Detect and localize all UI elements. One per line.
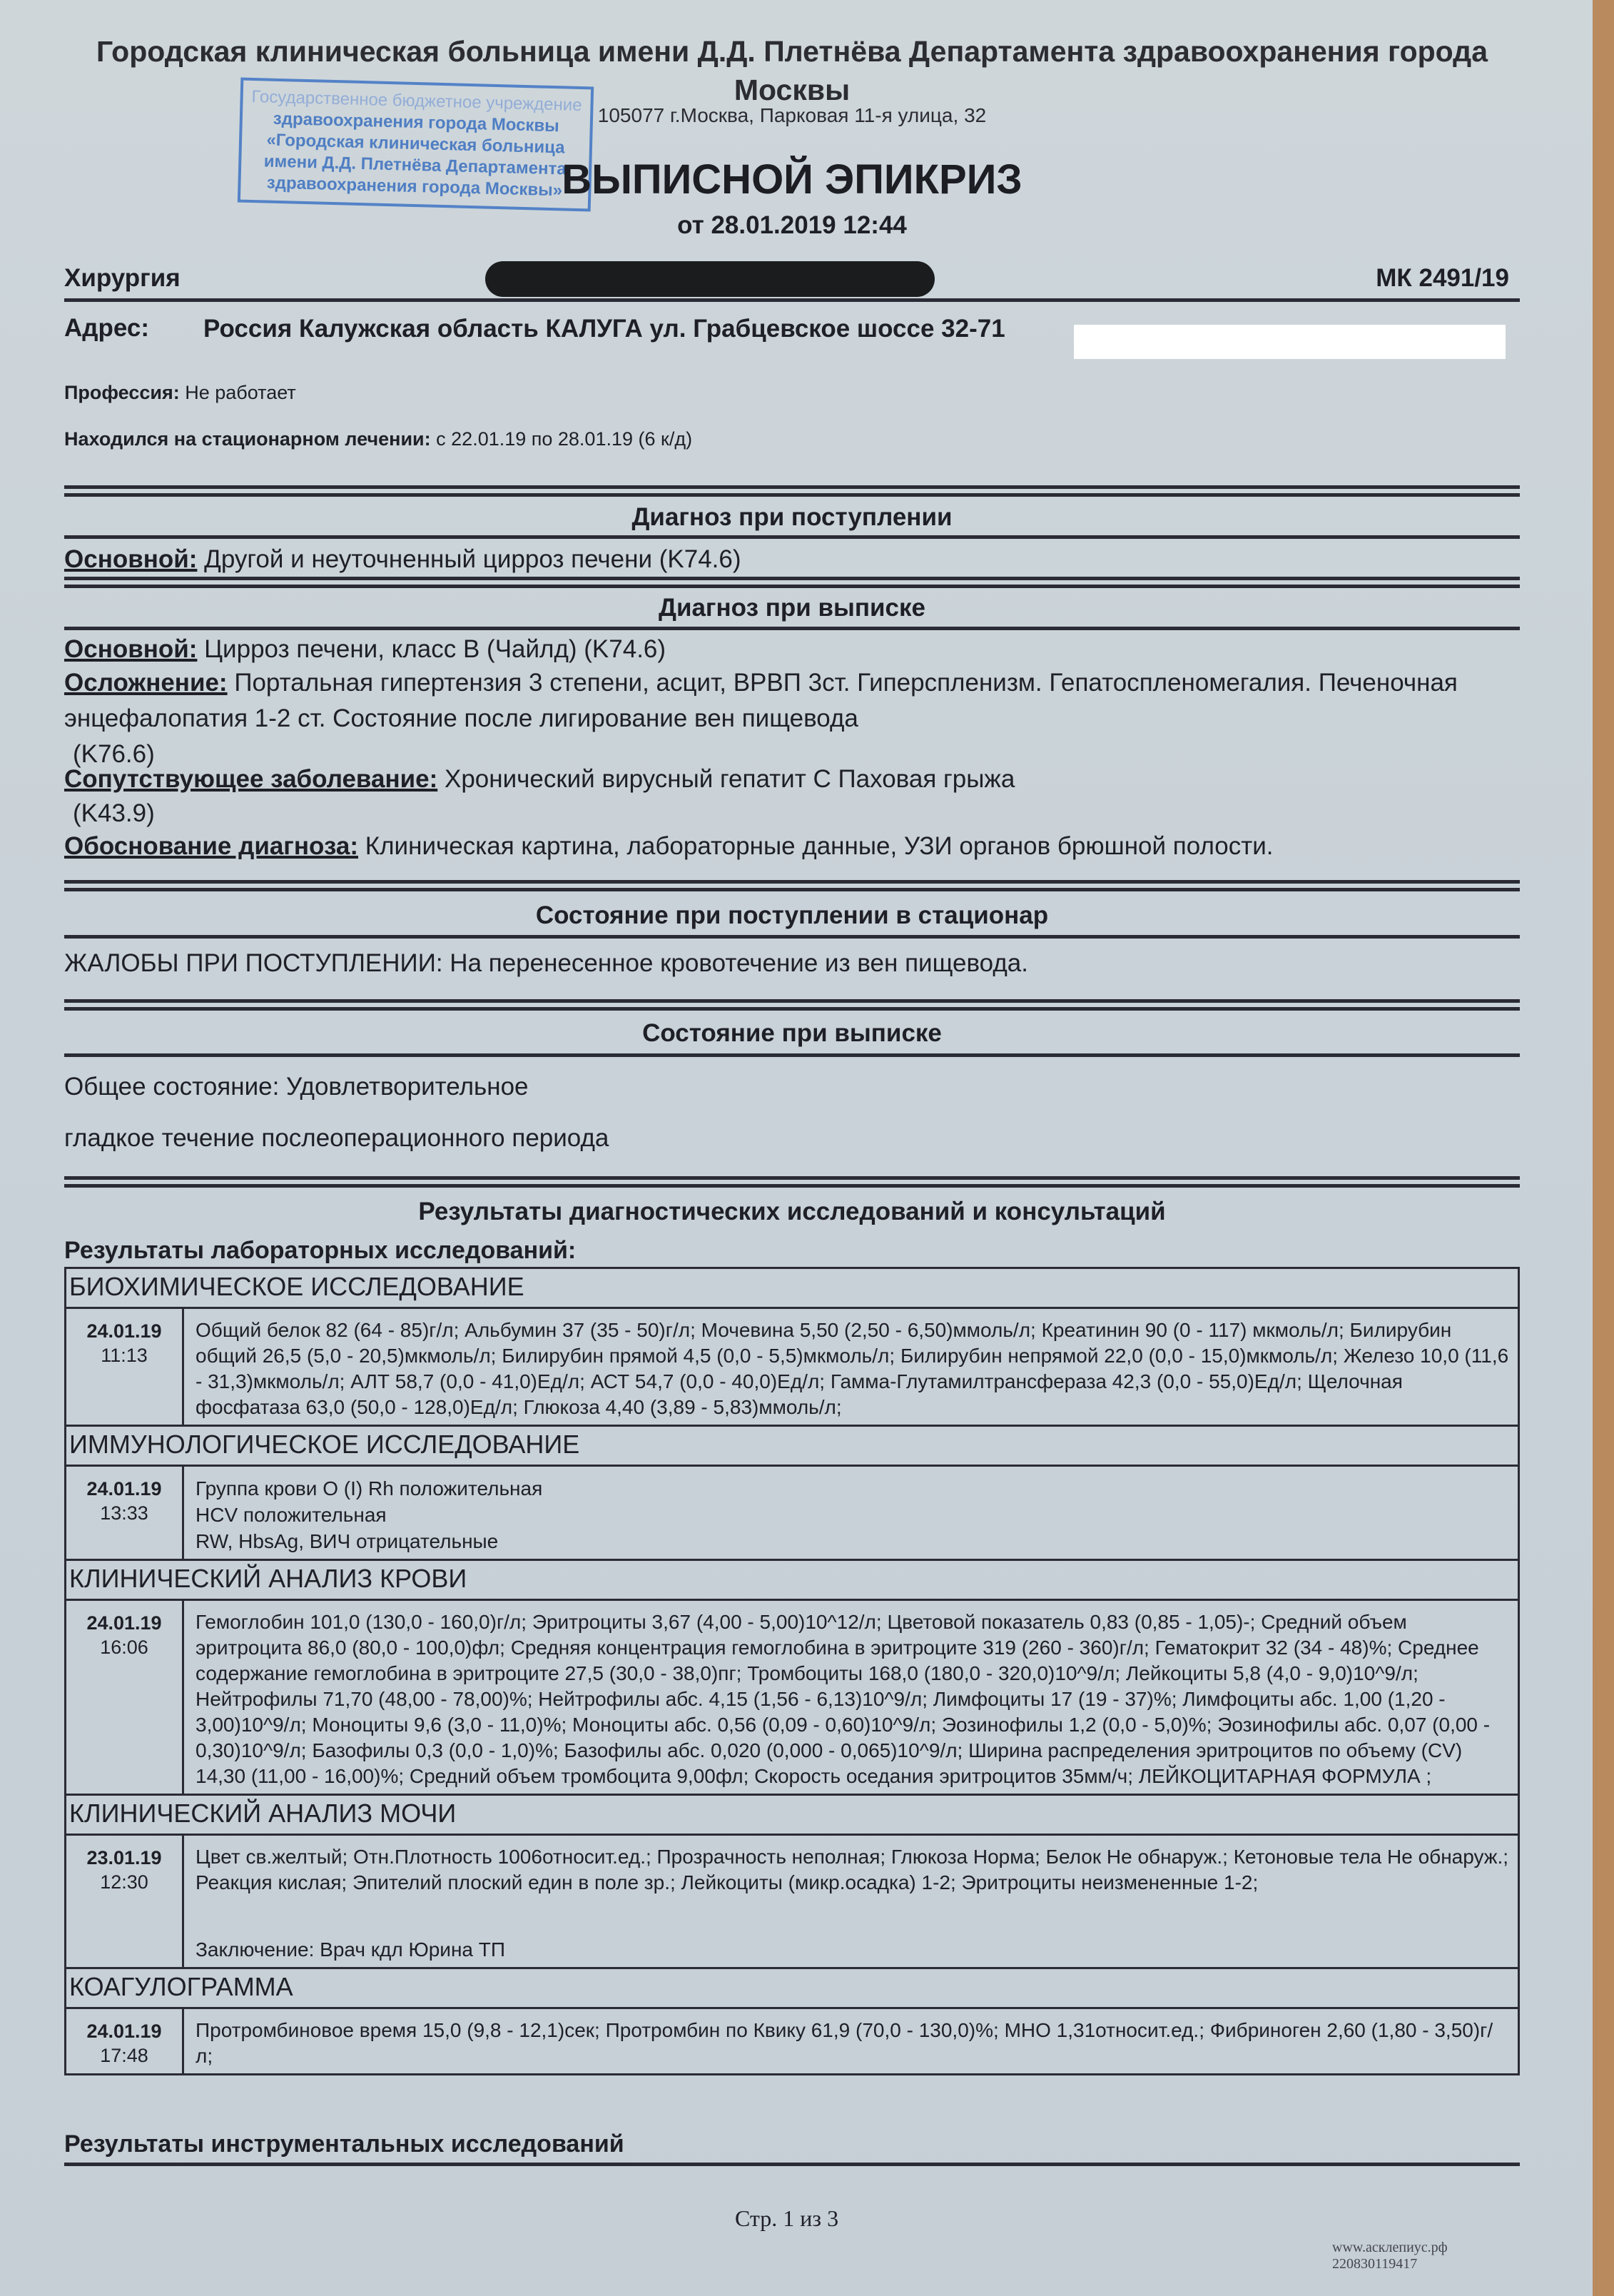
lab-results-heading: Результаты лабораторных исследований: xyxy=(64,1237,576,1265)
divider xyxy=(64,935,1520,939)
divider xyxy=(64,535,1520,539)
divider xyxy=(64,577,1520,588)
lab-results: Гемоглобин 101,0 (130,0 - 160,0)г/л; Эри… xyxy=(183,1600,1519,1795)
document-page: Городская клиническая больница имени Д.Д… xyxy=(0,0,1593,2296)
divider xyxy=(64,2163,1520,2166)
lab-result-text: Цвет св.желтый; Отн.Плотность 1006относи… xyxy=(196,1844,1509,1896)
comorbidity: Сопутствующее заболевание: Хронический в… xyxy=(64,762,1520,831)
diagnosis-rationale: Обоснование диагноза: Клиническая картин… xyxy=(64,829,1520,864)
lab-time: 12:30 xyxy=(100,1871,148,1893)
lab-results: Протромбиновое время 15,0 (9,8 - 12,1)се… xyxy=(183,2008,1519,2075)
admission-complaints: ЖАЛОБЫ ПРИ ПОСТУПЛЕНИИ: На перенесенное … xyxy=(64,949,1028,978)
postoperative-course: гладкое течение послеоперационного перио… xyxy=(64,1124,609,1153)
redacted-field xyxy=(1074,325,1506,359)
lab-datetime: 24.01.19 17:48 xyxy=(66,2008,183,2075)
lab-date: 24.01.19 xyxy=(86,1478,161,1500)
table-row: КОАГУЛОГРАММА xyxy=(66,1968,1519,2008)
comorbidity-code: (K43.9) xyxy=(64,796,1520,831)
lab-result-line: RW, HbsAg, ВИЧ отрицательные xyxy=(196,1528,1509,1554)
complication-label: Осложнение: xyxy=(64,669,228,697)
table-row: КЛИНИЧЕСКИЙ АНАЛИЗ КРОВИ xyxy=(66,1560,1519,1600)
lab-time: 16:06 xyxy=(100,1637,148,1658)
table-row: 24.01.19 17:48 Протромбиновое время 15,0… xyxy=(66,2008,1519,2075)
discharge-main-diagnosis: Основной: Цирроз печени, класс В (Чайлд)… xyxy=(64,632,1520,667)
admission-state-heading: Состояние при поступлении в стационар xyxy=(64,901,1520,930)
page-number: Стр. 1 из 3 xyxy=(735,2205,838,2232)
lab-results: Общий белок 82 (64 - 85)г/л; Альбумин 37… xyxy=(183,1308,1519,1426)
lab-date: 24.01.19 xyxy=(86,1320,161,1342)
lab-results: Цвет св.желтый; Отн.Плотность 1006относи… xyxy=(183,1835,1519,1968)
divider xyxy=(64,298,1520,302)
lab-time: 11:13 xyxy=(101,1345,148,1366)
discharge-state-heading: Состояние при выписке xyxy=(64,1019,1520,1048)
table-row: БИОХИМИЧЕСКОЕ ИССЛЕДОВАНИЕ xyxy=(66,1268,1519,1308)
lab-date: 23.01.19 xyxy=(86,1847,161,1868)
divider xyxy=(64,485,1520,497)
lab-category: КОАГУЛОГРАММА xyxy=(66,1968,1519,2008)
hospital-stay: Находился на стационарном лечении: с 22.… xyxy=(64,428,692,450)
table-row: 24.01.19 16:06 Гемоглобин 101,0 (130,0 -… xyxy=(66,1600,1519,1795)
divider xyxy=(64,1053,1520,1057)
complication: Осложнение: Портальная гипертензия 3 сте… xyxy=(64,665,1520,772)
divider xyxy=(64,880,1520,891)
lab-result-line: HCV положительная xyxy=(196,1502,1509,1528)
general-condition: Общее состояние: Удовлетворительное xyxy=(64,1073,529,1101)
divider xyxy=(64,627,1520,630)
profession-value: Не работает xyxy=(185,382,296,403)
address-label: Адрес: xyxy=(64,314,149,343)
address-value: Россия Калужская область КАЛУГА ул. Граб… xyxy=(203,314,1131,344)
lab-date: 24.01.19 xyxy=(86,2021,161,2042)
lab-datetime: 24.01.19 13:33 xyxy=(66,1466,183,1560)
table-row: КЛИНИЧЕСКИЙ АНАЛИЗ МОЧИ xyxy=(66,1795,1519,1835)
profession-label: Профессия: xyxy=(64,382,180,403)
document-title: ВЫПИСНОЙ ЭПИКРИЗ xyxy=(64,156,1520,203)
main-diagnosis-value: Другой и неуточненный цирроз печени (K74… xyxy=(204,545,741,573)
complication-value: Портальная гипертензия 3 степени, асцит,… xyxy=(64,669,1458,732)
table-row: ИММУНОЛОГИЧЕСКОЕ ИССЛЕДОВАНИЕ xyxy=(66,1426,1519,1466)
redacted-patient-name xyxy=(485,261,935,297)
stay-value: с 22.01.19 по 28.01.19 (6 к/д) xyxy=(436,428,692,450)
profession: Профессия: Не работает xyxy=(64,382,296,404)
lab-results: Группа крови О (I) Rh положительная HCV … xyxy=(183,1466,1519,1560)
lab-results-table: БИОХИМИЧЕСКОЕ ИССЛЕДОВАНИЕ 24.01.19 11:1… xyxy=(64,1267,1520,2075)
document-date: от 28.01.2019 12:44 xyxy=(64,211,1520,240)
table-row: 24.01.19 11:13 Общий белок 82 (64 - 85)г… xyxy=(66,1308,1519,1426)
admission-main-diagnosis: Основной: Другой и неуточненный цирроз п… xyxy=(64,542,1520,577)
table-row: 23.01.19 12:30 Цвет св.желтый; Отн.Плотн… xyxy=(66,1835,1519,1968)
lab-category: БИОХИМИЧЕСКОЕ ИССЛЕДОВАНИЕ xyxy=(66,1268,1519,1308)
lab-conclusion: Заключение: Врач кдл Юрина ТП xyxy=(196,1937,1509,1963)
table-row: 24.01.19 13:33 Группа крови О (I) Rh пол… xyxy=(66,1466,1519,1560)
comorbidity-value: Хронический вирусный гепатит С Паховая г… xyxy=(445,765,1015,793)
divider xyxy=(64,999,1520,1011)
stay-label: Находился на стационарном лечении: xyxy=(64,428,431,450)
medical-card-number: МК 2491/19 xyxy=(1376,264,1509,293)
lab-datetime: 24.01.19 16:06 xyxy=(66,1600,183,1795)
admission-diagnosis-heading: Диагноз при поступлении xyxy=(64,503,1520,532)
rationale-label: Обоснование диагноза: xyxy=(64,832,358,860)
main-diagnosis-label: Основной: xyxy=(64,545,197,573)
lab-result-line: Группа крови О (I) Rh положительная xyxy=(196,1475,1509,1502)
lab-datetime: 24.01.19 11:13 xyxy=(66,1308,183,1426)
lab-time: 17:48 xyxy=(100,2045,148,2066)
instrumental-results-heading: Результаты инструментальных исследований xyxy=(64,2130,624,2158)
lab-time: 13:33 xyxy=(100,1502,148,1524)
lab-date: 24.01.19 xyxy=(86,1612,161,1634)
lab-category: КЛИНИЧЕСКИЙ АНАЛИЗ МОЧИ xyxy=(66,1795,1519,1835)
discharge-diagnosis-heading: Диагноз при выписке xyxy=(64,594,1520,622)
divider xyxy=(64,1176,1520,1188)
department: Хирургия xyxy=(64,264,181,293)
rationale-value: Клиническая картина, лабораторные данные… xyxy=(365,832,1274,860)
results-heading: Результаты диагностических исследований … xyxy=(64,1198,1520,1226)
comorbidity-label: Сопутствующее заболевание: xyxy=(64,765,437,793)
main-diagnosis-value: Цирроз печени, класс В (Чайлд) (K74.6) xyxy=(204,635,666,663)
lab-datetime: 23.01.19 12:30 xyxy=(66,1835,183,1968)
lab-category: ИММУНОЛОГИЧЕСКОЕ ИССЛЕДОВАНИЕ xyxy=(66,1426,1519,1466)
main-diagnosis-label: Основной: xyxy=(64,635,197,663)
footer-site-code: www.асклепиус.рф 220830119417 xyxy=(1332,2240,1520,2272)
lab-category: КЛИНИЧЕСКИЙ АНАЛИЗ КРОВИ xyxy=(66,1560,1519,1600)
